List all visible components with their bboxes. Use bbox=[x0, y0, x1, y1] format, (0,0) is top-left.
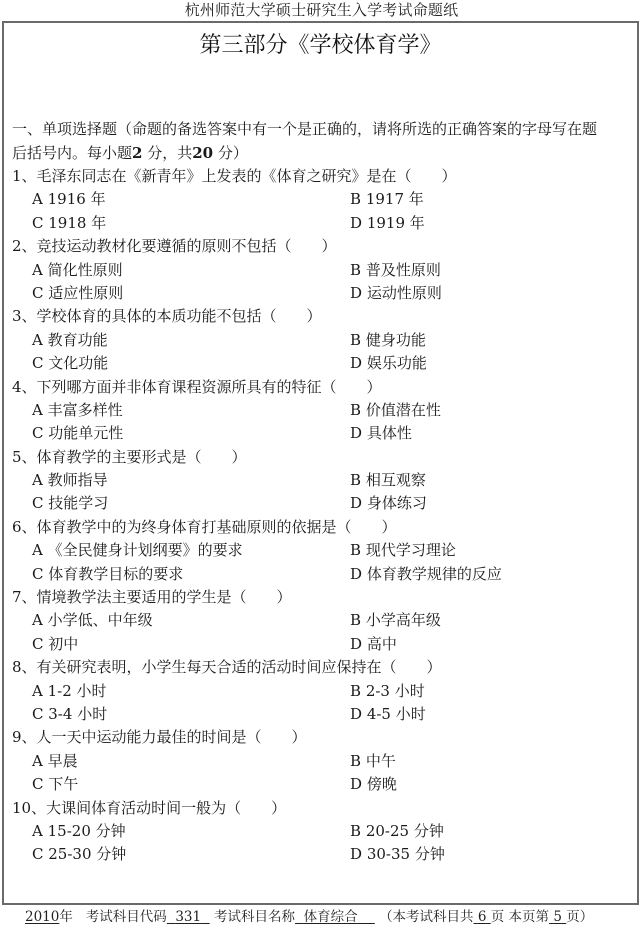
question-text: 下列哪方面并非体育课程资源所具有的特征（ ） bbox=[37, 378, 382, 396]
option-row: C 功能单元性D 具体性 bbox=[12, 422, 632, 445]
subject-code: 331 bbox=[167, 909, 210, 925]
instructions-line-2: 后括号内。每小题2 分，共20 分） bbox=[12, 141, 632, 165]
answer-option-b: B 现代学习理论 bbox=[350, 539, 456, 562]
option-text: 傍晚 bbox=[367, 775, 397, 793]
answer-option-b: B 2-3 小时 bbox=[350, 680, 425, 703]
option-letter: C bbox=[32, 633, 43, 656]
option-letter: B bbox=[350, 820, 361, 843]
question-list: 1、毛泽东同志在《新青年》上发表的《体育之研究》是在（ ）A 1916 年B 1… bbox=[12, 165, 632, 867]
option-letter: C bbox=[32, 843, 43, 866]
instructions-text: 后括号内。每小题 bbox=[12, 144, 132, 162]
option-row: A 15-20 分钟B 20-25 分钟 bbox=[12, 820, 632, 843]
option-letter: B bbox=[350, 750, 361, 773]
option-letter: C bbox=[32, 212, 43, 235]
option-row: A 1916 年B 1917 年 bbox=[12, 188, 632, 211]
exam-footer: 2010年 考试科目代码 331 考试科目名称 体育综合 （本考试科目共 6 页… bbox=[0, 907, 643, 927]
question-stem: 6、体育教学中的为终身体育打基础原则的依据是（ ） bbox=[12, 516, 632, 539]
option-letter: D bbox=[350, 563, 362, 586]
current-page: 5 bbox=[549, 909, 566, 925]
option-letter: A bbox=[32, 469, 43, 492]
option-text: 3-4 小时 bbox=[48, 705, 107, 723]
option-text: 价值潜在性 bbox=[366, 401, 441, 419]
option-text: 适应性原则 bbox=[48, 284, 123, 302]
option-row: A 早晨B 中午 bbox=[12, 750, 632, 773]
part-title: 第三部分《学校体育学》 bbox=[4, 31, 637, 61]
option-row: A 1-2 小时B 2-3 小时 bbox=[12, 680, 632, 703]
answer-option-c: C 体育教学目标的要求 bbox=[32, 563, 183, 586]
question-text: 有关研究表明，小学生每天合适的活动时间应保持在（ ） bbox=[37, 658, 442, 676]
section-instructions: 一、单项选择题（命题的备选答案中有一个是正确的，请将所选的正确答案的字母写在题 … bbox=[12, 117, 632, 165]
option-letter: D bbox=[350, 422, 362, 445]
option-text: 1-2 小时 bbox=[48, 682, 107, 700]
option-letter: A bbox=[32, 329, 43, 352]
question-stem: 2、竞技运动教材化要遵循的原则不包括（ ） bbox=[12, 235, 632, 258]
answer-option-d: D 1919 年 bbox=[350, 212, 425, 235]
option-text: 教育功能 bbox=[48, 331, 108, 349]
answer-option-b: B 20-25 分钟 bbox=[350, 820, 444, 843]
answer-option-c: C 适应性原则 bbox=[32, 282, 123, 305]
answer-option-d: D 运动性原则 bbox=[350, 282, 442, 305]
question-text: 学校体育的具体的本质功能不包括（ ） bbox=[37, 307, 322, 325]
option-text: 4-5 小时 bbox=[367, 705, 426, 723]
instructions-line-1: 一、单项选择题（命题的备选答案中有一个是正确的，请将所选的正确答案的字母写在题 bbox=[12, 117, 632, 141]
total-pages: 6 bbox=[474, 909, 491, 925]
option-letter: D bbox=[350, 703, 362, 726]
option-letter: B bbox=[350, 469, 361, 492]
question-stem: 9、人一天中运动能力最佳的时间是（ ） bbox=[12, 726, 632, 749]
option-row: C 1918 年D 1919 年 bbox=[12, 212, 632, 235]
option-text: 1917 年 bbox=[366, 190, 424, 208]
question-text: 竞技运动教材化要遵循的原则不包括（ ） bbox=[37, 237, 337, 255]
option-letter: A bbox=[32, 259, 43, 282]
answer-option-d: D 具体性 bbox=[350, 422, 412, 445]
question-number: 6、 bbox=[12, 518, 37, 536]
option-letter: D bbox=[350, 492, 362, 515]
question-text: 毛泽东同志在《新青年》上发表的《体育之研究》是在（ ） bbox=[37, 167, 457, 185]
option-text: 高中 bbox=[367, 635, 397, 653]
answer-option-a: A 1-2 小时 bbox=[32, 680, 107, 703]
page-info-suffix: 页） bbox=[566, 909, 593, 925]
question-number: 7、 bbox=[12, 588, 37, 606]
question-text: 人一天中运动能力最佳的时间是（ ） bbox=[37, 728, 307, 746]
page-info-mid: 页 本页第 bbox=[491, 909, 549, 925]
option-letter: A bbox=[32, 399, 43, 422]
option-letter: C bbox=[32, 563, 43, 586]
option-row: C 适应性原则D 运动性原则 bbox=[12, 282, 632, 305]
points-total: 20 bbox=[192, 144, 213, 162]
option-letter: D bbox=[350, 633, 362, 656]
question-stem: 7、情境教学法主要适用的学生是（ ） bbox=[12, 586, 632, 609]
answer-option-c: C 技能学习 bbox=[32, 492, 108, 515]
answer-option-a: A 1916 年 bbox=[32, 188, 106, 211]
subject-name: 体育综合 bbox=[295, 909, 375, 925]
question-stem: 4、下列哪方面并非体育课程资源所具有的特征（ ） bbox=[12, 376, 632, 399]
answer-option-b: B 1917 年 bbox=[350, 188, 424, 211]
answer-option-b: B 价值潜在性 bbox=[350, 399, 441, 422]
option-text: 运动性原则 bbox=[367, 284, 442, 302]
answer-option-a: A 15-20 分钟 bbox=[32, 820, 126, 843]
option-row: C 下午D 傍晚 bbox=[12, 773, 632, 796]
answer-option-a: A 早晨 bbox=[32, 750, 78, 773]
option-text: 1919 年 bbox=[367, 214, 425, 232]
answer-option-b: B 小学高年级 bbox=[350, 609, 441, 632]
option-letter: D bbox=[350, 282, 362, 305]
option-letter: C bbox=[32, 352, 43, 375]
answer-option-a: A 教师指导 bbox=[32, 469, 108, 492]
option-letter: C bbox=[32, 422, 43, 445]
answer-option-b: B 相互观察 bbox=[350, 469, 426, 492]
option-text: 小学低、中年级 bbox=[48, 611, 153, 629]
option-letter: B bbox=[350, 259, 361, 282]
option-text: 中午 bbox=[366, 752, 396, 770]
option-row: A 《全民健身计划纲要》的要求B 现代学习理论 bbox=[12, 539, 632, 562]
option-row: C 初中D 高中 bbox=[12, 633, 632, 656]
option-letter: B bbox=[350, 188, 361, 211]
subject-name-label: 考试科目名称 bbox=[214, 909, 295, 925]
option-text: 普及性原则 bbox=[366, 261, 441, 279]
option-letter: A bbox=[32, 750, 43, 773]
answer-option-a: A 丰富多样性 bbox=[32, 399, 123, 422]
answer-option-d: D 高中 bbox=[350, 633, 397, 656]
instructions-text: 分，共 bbox=[147, 144, 192, 162]
option-letter: A bbox=[32, 188, 43, 211]
option-letter: C bbox=[32, 282, 43, 305]
option-text: 身体练习 bbox=[367, 494, 427, 512]
answer-option-c: C 下午 bbox=[32, 773, 78, 796]
option-text: 1916 年 bbox=[48, 190, 106, 208]
option-letter: C bbox=[32, 492, 43, 515]
option-text: 娱乐功能 bbox=[367, 354, 427, 372]
option-row: C 3-4 小时D 4-5 小时 bbox=[12, 703, 632, 726]
question-number: 3、 bbox=[12, 307, 37, 325]
question-stem: 5、体育教学的主要形式是（ ） bbox=[12, 446, 632, 469]
option-text: 《全民健身计划纲要》的要求 bbox=[48, 541, 243, 559]
option-letter: A bbox=[32, 609, 43, 632]
answer-option-b: B 健身功能 bbox=[350, 329, 426, 352]
subject-code-label: 考试科目代码 bbox=[86, 909, 167, 925]
option-text: 健身功能 bbox=[366, 331, 426, 349]
option-row: C 文化功能D 娱乐功能 bbox=[12, 352, 632, 375]
question-stem: 1、毛泽东同志在《新青年》上发表的《体育之研究》是在（ ） bbox=[12, 165, 632, 188]
answer-option-a: A 小学低、中年级 bbox=[32, 609, 153, 632]
option-text: 2-3 小时 bbox=[366, 682, 425, 700]
answer-option-c: C 3-4 小时 bbox=[32, 703, 107, 726]
exam-paper-header: 杭州师范大学硕士研究生入学考试命题纸 bbox=[0, 0, 643, 21]
question-text: 体育教学中的为终身体育打基础原则的依据是（ ） bbox=[37, 518, 397, 536]
answer-option-c: C 功能单元性 bbox=[32, 422, 123, 445]
answer-option-a: A 简化性原则 bbox=[32, 259, 123, 282]
option-text: 20-25 分钟 bbox=[366, 822, 444, 840]
option-text: 丰富多样性 bbox=[48, 401, 123, 419]
answer-option-d: D 傍晚 bbox=[350, 773, 397, 796]
question-number: 1、 bbox=[12, 167, 37, 185]
option-row: A 简化性原则B 普及性原则 bbox=[12, 259, 632, 282]
question-stem: 3、学校体育的具体的本质功能不包括（ ） bbox=[12, 305, 632, 328]
option-text: 1918 年 bbox=[48, 214, 106, 232]
option-row: C 体育教学目标的要求D 体育教学规律的反应 bbox=[12, 563, 632, 586]
answer-option-a: A 教育功能 bbox=[32, 329, 108, 352]
option-text: 体育教学目标的要求 bbox=[48, 565, 183, 583]
option-letter: B bbox=[350, 399, 361, 422]
option-letter: C bbox=[32, 773, 43, 796]
page-info-prefix: （本考试科目共 bbox=[379, 909, 474, 925]
exam-content-box: 第三部分《学校体育学》 一、单项选择题（命题的备选答案中有一个是正确的，请将所选… bbox=[2, 21, 639, 905]
question-number: 4、 bbox=[12, 378, 37, 396]
year-suffix: 年 bbox=[59, 909, 73, 925]
option-letter: B bbox=[350, 609, 361, 632]
instructions-text: 分） bbox=[218, 144, 248, 162]
option-text: 具体性 bbox=[367, 424, 412, 442]
option-letter: A bbox=[32, 820, 43, 843]
option-letter: C bbox=[32, 703, 43, 726]
option-text: 15-20 分钟 bbox=[48, 822, 126, 840]
answer-option-d: D 30-35 分钟 bbox=[350, 843, 445, 866]
question-stem: 10、大课间体育活动时间一般为（ ） bbox=[12, 797, 632, 820]
answer-option-d: D 娱乐功能 bbox=[350, 352, 427, 375]
option-text: 相互观察 bbox=[366, 471, 426, 489]
question-stem: 8、有关研究表明，小学生每天合适的活动时间应保持在（ ） bbox=[12, 656, 632, 679]
option-text: 功能单元性 bbox=[48, 424, 123, 442]
option-row: A 小学低、中年级B 小学高年级 bbox=[12, 609, 632, 632]
option-text: 小学高年级 bbox=[366, 611, 441, 629]
question-number: 5、 bbox=[12, 448, 37, 466]
option-text: 体育教学规律的反应 bbox=[367, 565, 502, 583]
points-each: 2 bbox=[132, 144, 142, 162]
option-row: A 教师指导B 相互观察 bbox=[12, 469, 632, 492]
answer-option-c: C 25-30 分钟 bbox=[32, 843, 126, 866]
answer-option-c: C 文化功能 bbox=[32, 352, 108, 375]
option-text: 30-35 分钟 bbox=[367, 845, 445, 863]
option-row: C 25-30 分钟D 30-35 分钟 bbox=[12, 843, 632, 866]
option-letter: B bbox=[350, 680, 361, 703]
option-row: A 教育功能B 健身功能 bbox=[12, 329, 632, 352]
option-letter: D bbox=[350, 212, 362, 235]
question-text: 体育教学的主要形式是（ ） bbox=[37, 448, 247, 466]
option-text: 教师指导 bbox=[48, 471, 108, 489]
option-text: 下午 bbox=[48, 775, 78, 793]
question-number: 10、 bbox=[12, 799, 46, 817]
option-letter: A bbox=[32, 680, 43, 703]
answer-option-d: D 身体练习 bbox=[350, 492, 427, 515]
answer-option-a: A 《全民健身计划纲要》的要求 bbox=[32, 539, 243, 562]
option-text: 早晨 bbox=[48, 752, 78, 770]
option-text: 现代学习理论 bbox=[366, 541, 456, 559]
question-number: 8、 bbox=[12, 658, 37, 676]
answer-option-d: D 4-5 小时 bbox=[350, 703, 426, 726]
answer-option-c: C 初中 bbox=[32, 633, 78, 656]
question-text: 情境教学法主要适用的学生是（ ） bbox=[37, 588, 292, 606]
option-letter: D bbox=[350, 352, 362, 375]
option-text: 25-30 分钟 bbox=[48, 845, 126, 863]
option-text: 初中 bbox=[48, 635, 78, 653]
answer-option-d: D 体育教学规律的反应 bbox=[350, 563, 502, 586]
option-row: A 丰富多样性B 价值潜在性 bbox=[12, 399, 632, 422]
option-letter: D bbox=[350, 773, 362, 796]
option-letter: B bbox=[350, 329, 361, 352]
answer-option-b: B 中午 bbox=[350, 750, 396, 773]
option-letter: A bbox=[32, 539, 43, 562]
option-text: 文化功能 bbox=[48, 354, 108, 372]
exam-year: 2010 bbox=[25, 909, 59, 925]
answer-option-b: B 普及性原则 bbox=[350, 259, 441, 282]
option-row: C 技能学习D 身体练习 bbox=[12, 492, 632, 515]
option-text: 技能学习 bbox=[48, 494, 108, 512]
option-letter: D bbox=[350, 843, 362, 866]
question-number: 9、 bbox=[12, 728, 37, 746]
option-text: 简化性原则 bbox=[48, 261, 123, 279]
option-letter: B bbox=[350, 539, 361, 562]
answer-option-c: C 1918 年 bbox=[32, 212, 106, 235]
question-text: 大课间体育活动时间一般为（ ） bbox=[46, 799, 286, 817]
question-number: 2、 bbox=[12, 237, 37, 255]
question-section: 一、单项选择题（命题的备选答案中有一个是正确的，请将所选的正确答案的字母写在题 … bbox=[12, 117, 632, 867]
